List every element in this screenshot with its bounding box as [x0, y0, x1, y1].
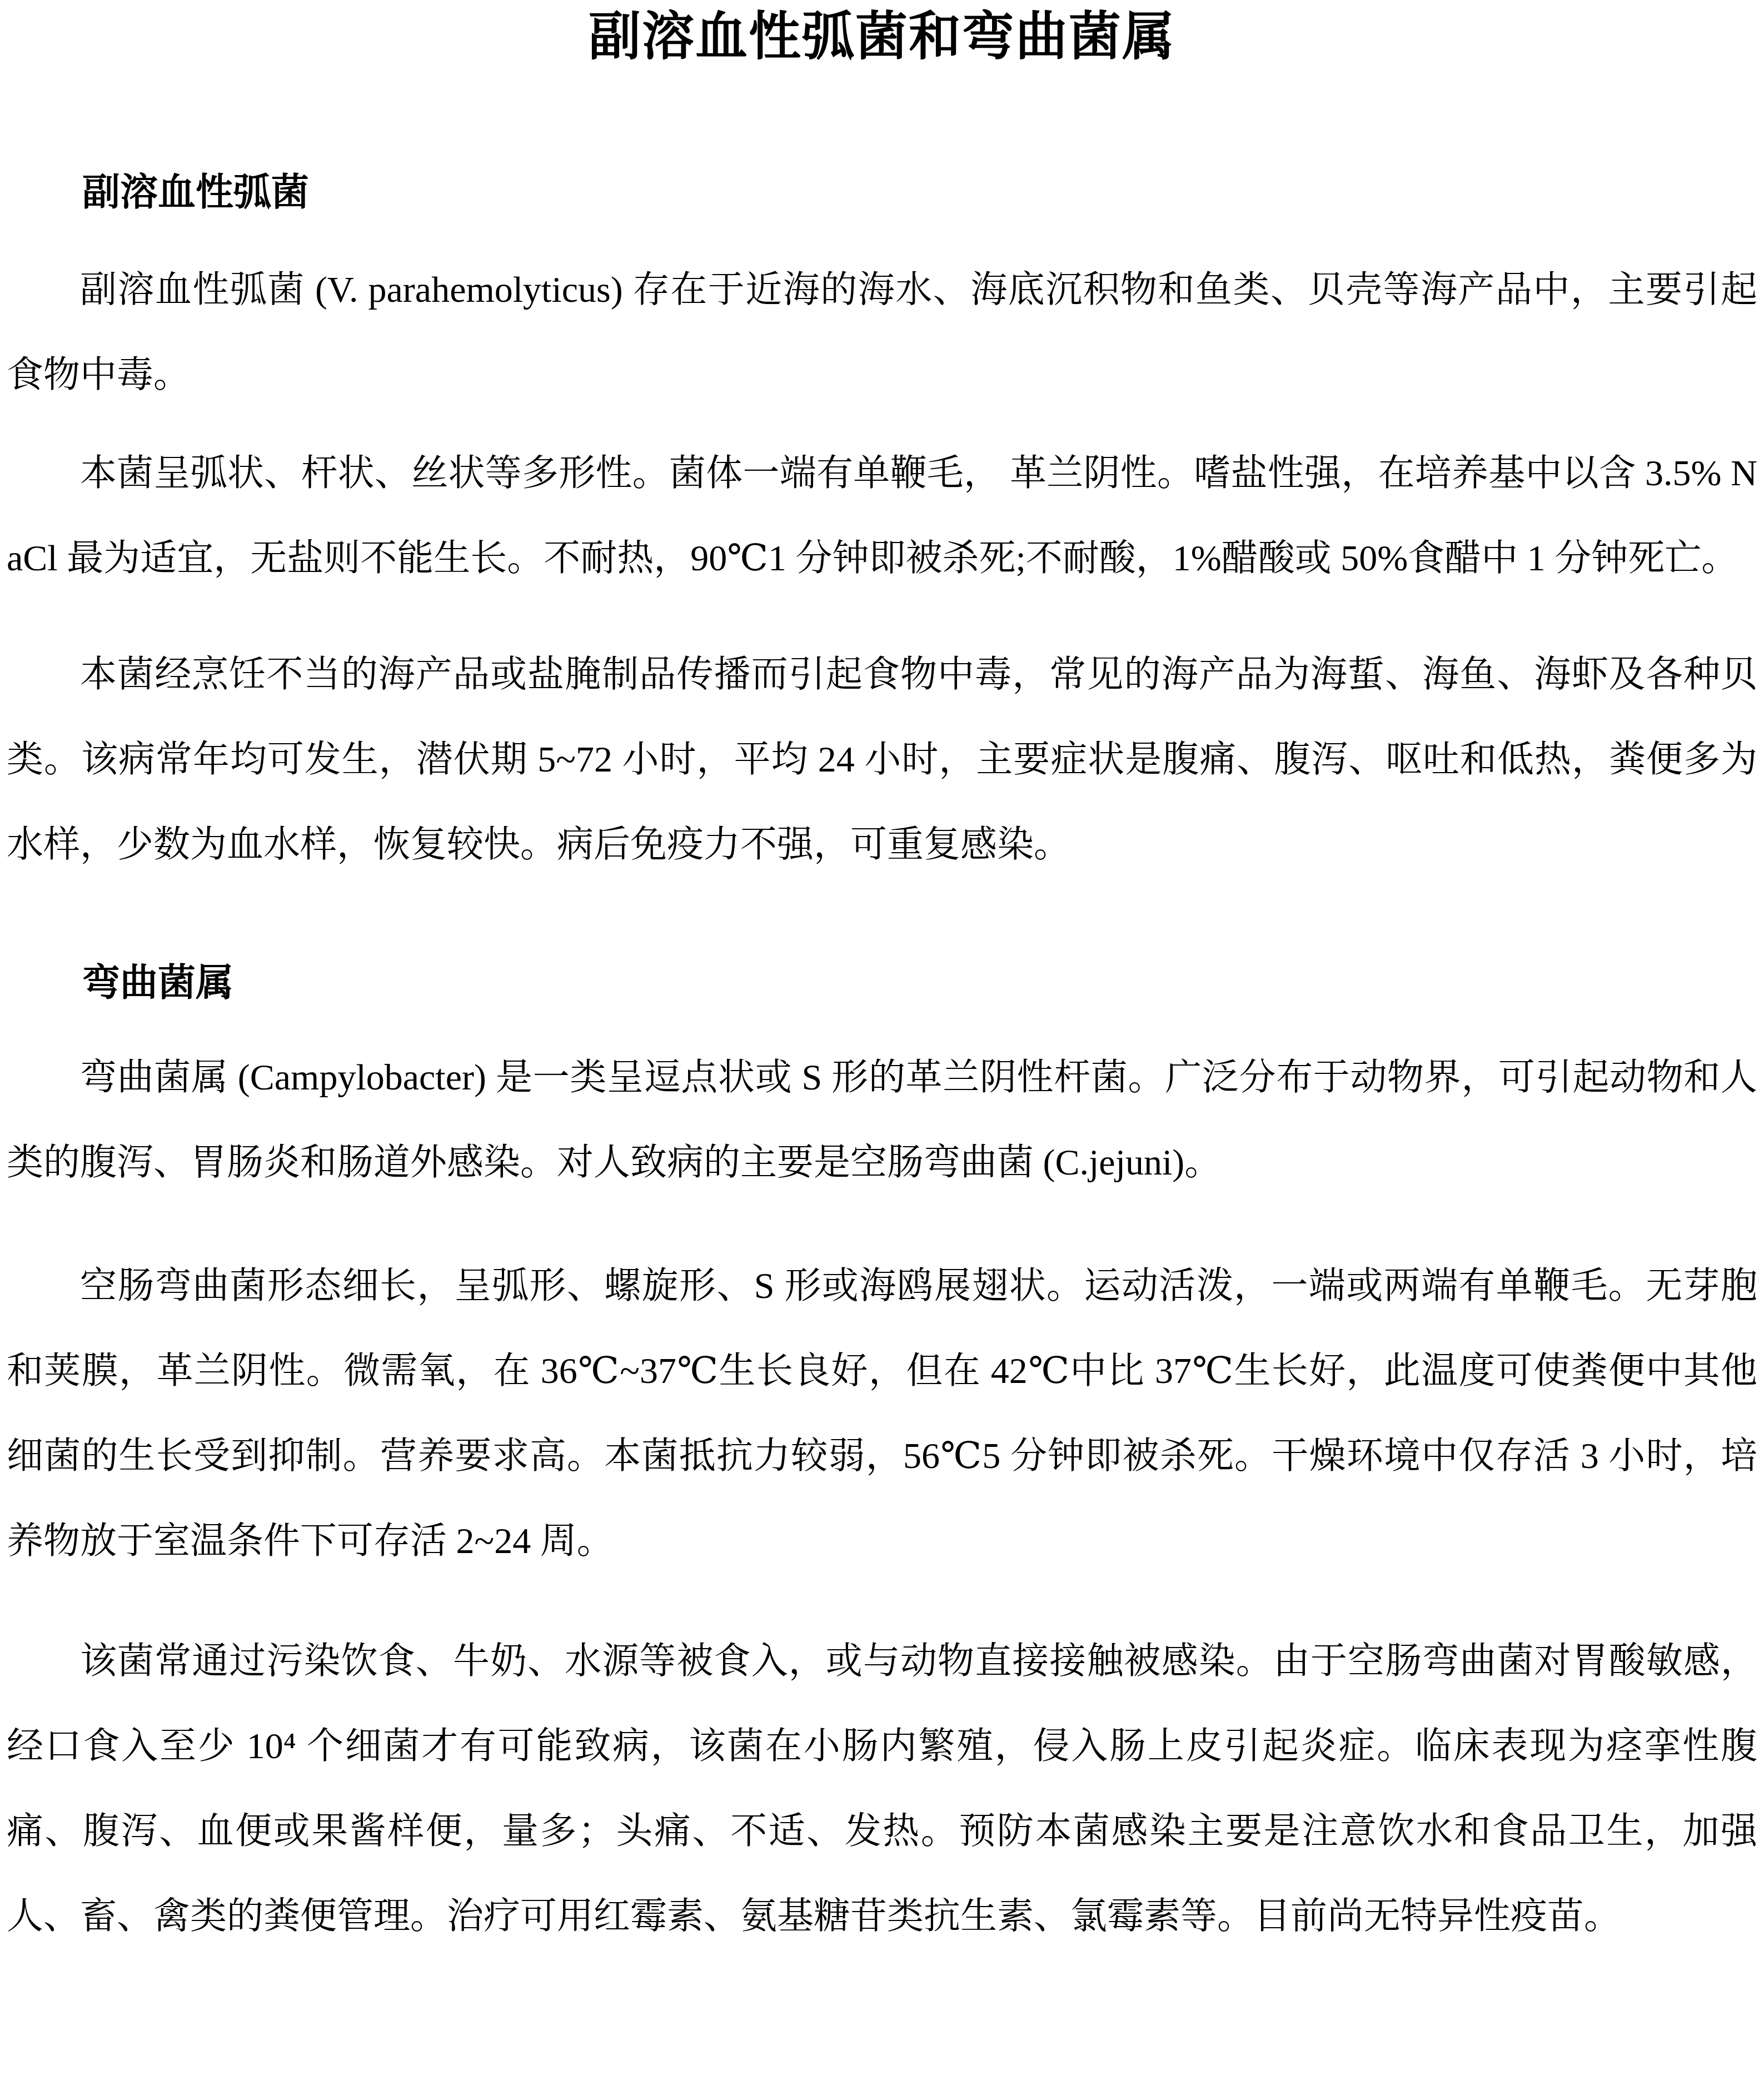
section-heading-campylobacter: 弯曲菌属 [7, 940, 1757, 1026]
section-vibrio-parahaemolyticus: 副溶血性弧菌 副溶血性弧菌 (V. parahemolyticus) 存在于近海… [7, 150, 1757, 887]
section-heading-vibrio: 副溶血性弧菌 [7, 150, 1757, 235]
paragraph-vibrio-transmission: 本菌经烹饪不当的海产品或盐腌制品传播而引起食物中毒，常见的海产品为海蜇、海鱼、海… [7, 632, 1757, 887]
paragraph-campylobacter-infection: 该菌常通过污染饮食、牛奶、水源等被食入，或与动物直接接触被感染。由于空肠弯曲菌对… [7, 1619, 1757, 1959]
document-page: 副溶血性弧菌和弯曲菌属 副溶血性弧菌 副溶血性弧菌 (V. parahemoly… [0, 0, 1764, 2095]
paragraph-vibrio-morphology: 本菌呈弧状、杆状、丝状等多形性。菌体一端有单鞭毛， 革兰阴性。嗜盐性强，在培养基… [7, 431, 1757, 601]
paragraph-vibrio-overview: 副溶血性弧菌 (V. parahemolyticus) 存在于近海的海水、海底沉… [7, 247, 1757, 417]
paragraph-campylobacter-morphology: 空肠弯曲菌形态细长，呈弧形、螺旋形、S 形或海鸥展翅状。运动活泼，一端或两端有单… [7, 1243, 1757, 1584]
document-title: 副溶血性弧菌和弯曲菌属 [7, 8, 1757, 67]
section-campylobacter: 弯曲菌属 弯曲菌属 (Campylobacter) 是一类呈逗点状或 S 形的革… [7, 940, 1757, 1959]
paragraph-campylobacter-overview: 弯曲菌属 (Campylobacter) 是一类呈逗点状或 S 形的革兰阴性杆菌… [7, 1035, 1757, 1205]
